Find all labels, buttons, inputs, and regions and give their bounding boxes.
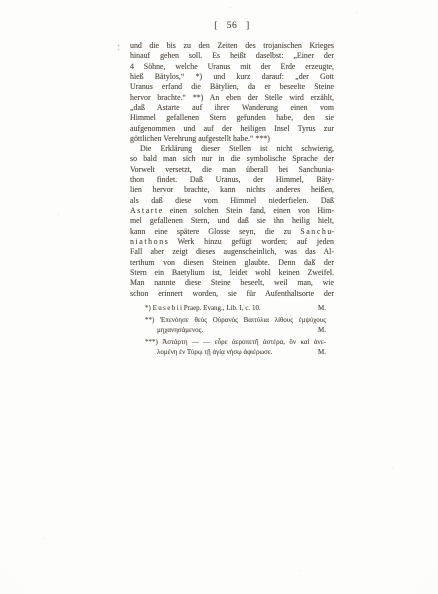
text-line: terthum von diesen Steinen glaubte. Denn… (130, 258, 334, 268)
footnote-text: μηχανησάμενος. (157, 326, 203, 336)
text-line: 4 Söhne, welche Uranus mit der Erde erze… (130, 62, 334, 72)
footnote-text: *) E u s e b i i Praep. Evang., Lib. I, … (145, 304, 261, 314)
text-line: Man nannte diese Steine beseelt, weil ma… (130, 278, 334, 288)
footnote: **) Ἐπενόησε θεὸς Οὐρανὸς Βαιτύλια λίθου… (145, 316, 326, 335)
text-line: Fall aber zeigt dieses augenscheinlich, … (130, 247, 334, 257)
text-line: thon findet. Daß Uranus, der Himmel, Bät… (130, 175, 334, 185)
text-line: A s t a r t e einen solchen Stein fand, … (130, 206, 334, 216)
text-line: „daß Astarte auf ihrer Wanderung einen v… (130, 103, 334, 113)
footnote-attribution-mark: M. (310, 326, 326, 336)
footnote-line: ***) Ἀστάρτη — — εὗρε ἀεροπετῆ ἀστέρα, ὃ… (145, 338, 326, 348)
text-line: hieß Bätylos,“ *) und kurz darauf: „der … (130, 72, 334, 82)
text-line: göttlichen Verehrung aufgestellt habe.“ … (130, 134, 334, 144)
text-line: hervor brachte.“ **) An eben der Stelle … (130, 93, 334, 103)
footnote-text: λομένη ἐν Τύρῳ τῇ ἁγίᾳ νήσῳ ἀφιέρωσε. (157, 348, 273, 358)
footnote: *) E u s e b i i Praep. Evang., Lib. I, … (145, 304, 326, 314)
text-line: Uranus erfand die Bätylien, da er beseel… (130, 82, 334, 92)
footnote-line: λομένη ἐν Τύρῳ τῇ ἁγίᾳ νήσῳ ἀφιέρωσε.M. (145, 348, 326, 358)
footnote-line: **) Ἐπενόησε θεὸς Οὐρανὸς Βαιτύλια λίθου… (145, 316, 326, 326)
footnote-attribution-mark: M. (310, 304, 326, 314)
text-line: schon erinnert worden, sie für Aufenthal… (130, 289, 334, 299)
text-line: Vorwelt versetzt, die man überall bei Sa… (130, 165, 334, 175)
text-line: Stern ein Baetylium ist, leidet wohl kei… (130, 268, 334, 278)
text-line: n i a t h o n s Werk hinzu gefügt worden… (130, 237, 334, 247)
text-line: Die Erklärung dieser Stellen ist nicht s… (130, 144, 334, 154)
footnote-text: **) Ἐπενόησε θεὸς Οὐρανὸς Βαιτύλια λίθου… (145, 316, 326, 326)
text-line: lien hervor brachte, kann nichts anderes… (130, 185, 334, 195)
footnote-attribution-mark: M. (310, 348, 326, 358)
body-text: und die bis zu den Zeiten des trojanisch… (130, 41, 334, 299)
text-line: Himmel gefallenen Stern gefunden habe, d… (130, 113, 334, 123)
text-line: aufgenommen und auf der heiligen Insel T… (130, 124, 334, 134)
text-line: als daß diese vom Himmel niederfielen. D… (130, 196, 334, 206)
text-line: mel gefallenen Stern, und daß sie ihn he… (130, 216, 334, 226)
footnote: ***) Ἀστάρτη — — εὗρε ἀεροπετῆ ἀστέρα, ὃ… (145, 338, 326, 357)
footnote-line: *) E u s e b i i Praep. Evang., Lib. I, … (145, 304, 326, 314)
footnote-text: ***) Ἀστάρτη — — εὗρε ἀεροπετῆ ἀστέρα, ὃ… (145, 338, 326, 348)
footnotes-section: *) E u s e b i i Praep. Evang., Lib. I, … (145, 304, 326, 360)
text-line: kann eine spätere Glosse seyn, die zu S … (130, 227, 334, 237)
footnote-line: μηχανησάμενος.M. (145, 326, 326, 336)
scanned-book-page: [ 56 ] und die bis zu den Zeiten des tro… (0, 0, 438, 594)
text-line: so bald man sich nur in die symbolische … (130, 154, 334, 164)
page-number-header: [ 56 ] (130, 21, 334, 31)
text-line: hinauf gehen soll. Es heißt daselbst: „E… (130, 51, 334, 61)
text-line: und die bis zu den Zeiten des trojanisch… (130, 41, 334, 51)
